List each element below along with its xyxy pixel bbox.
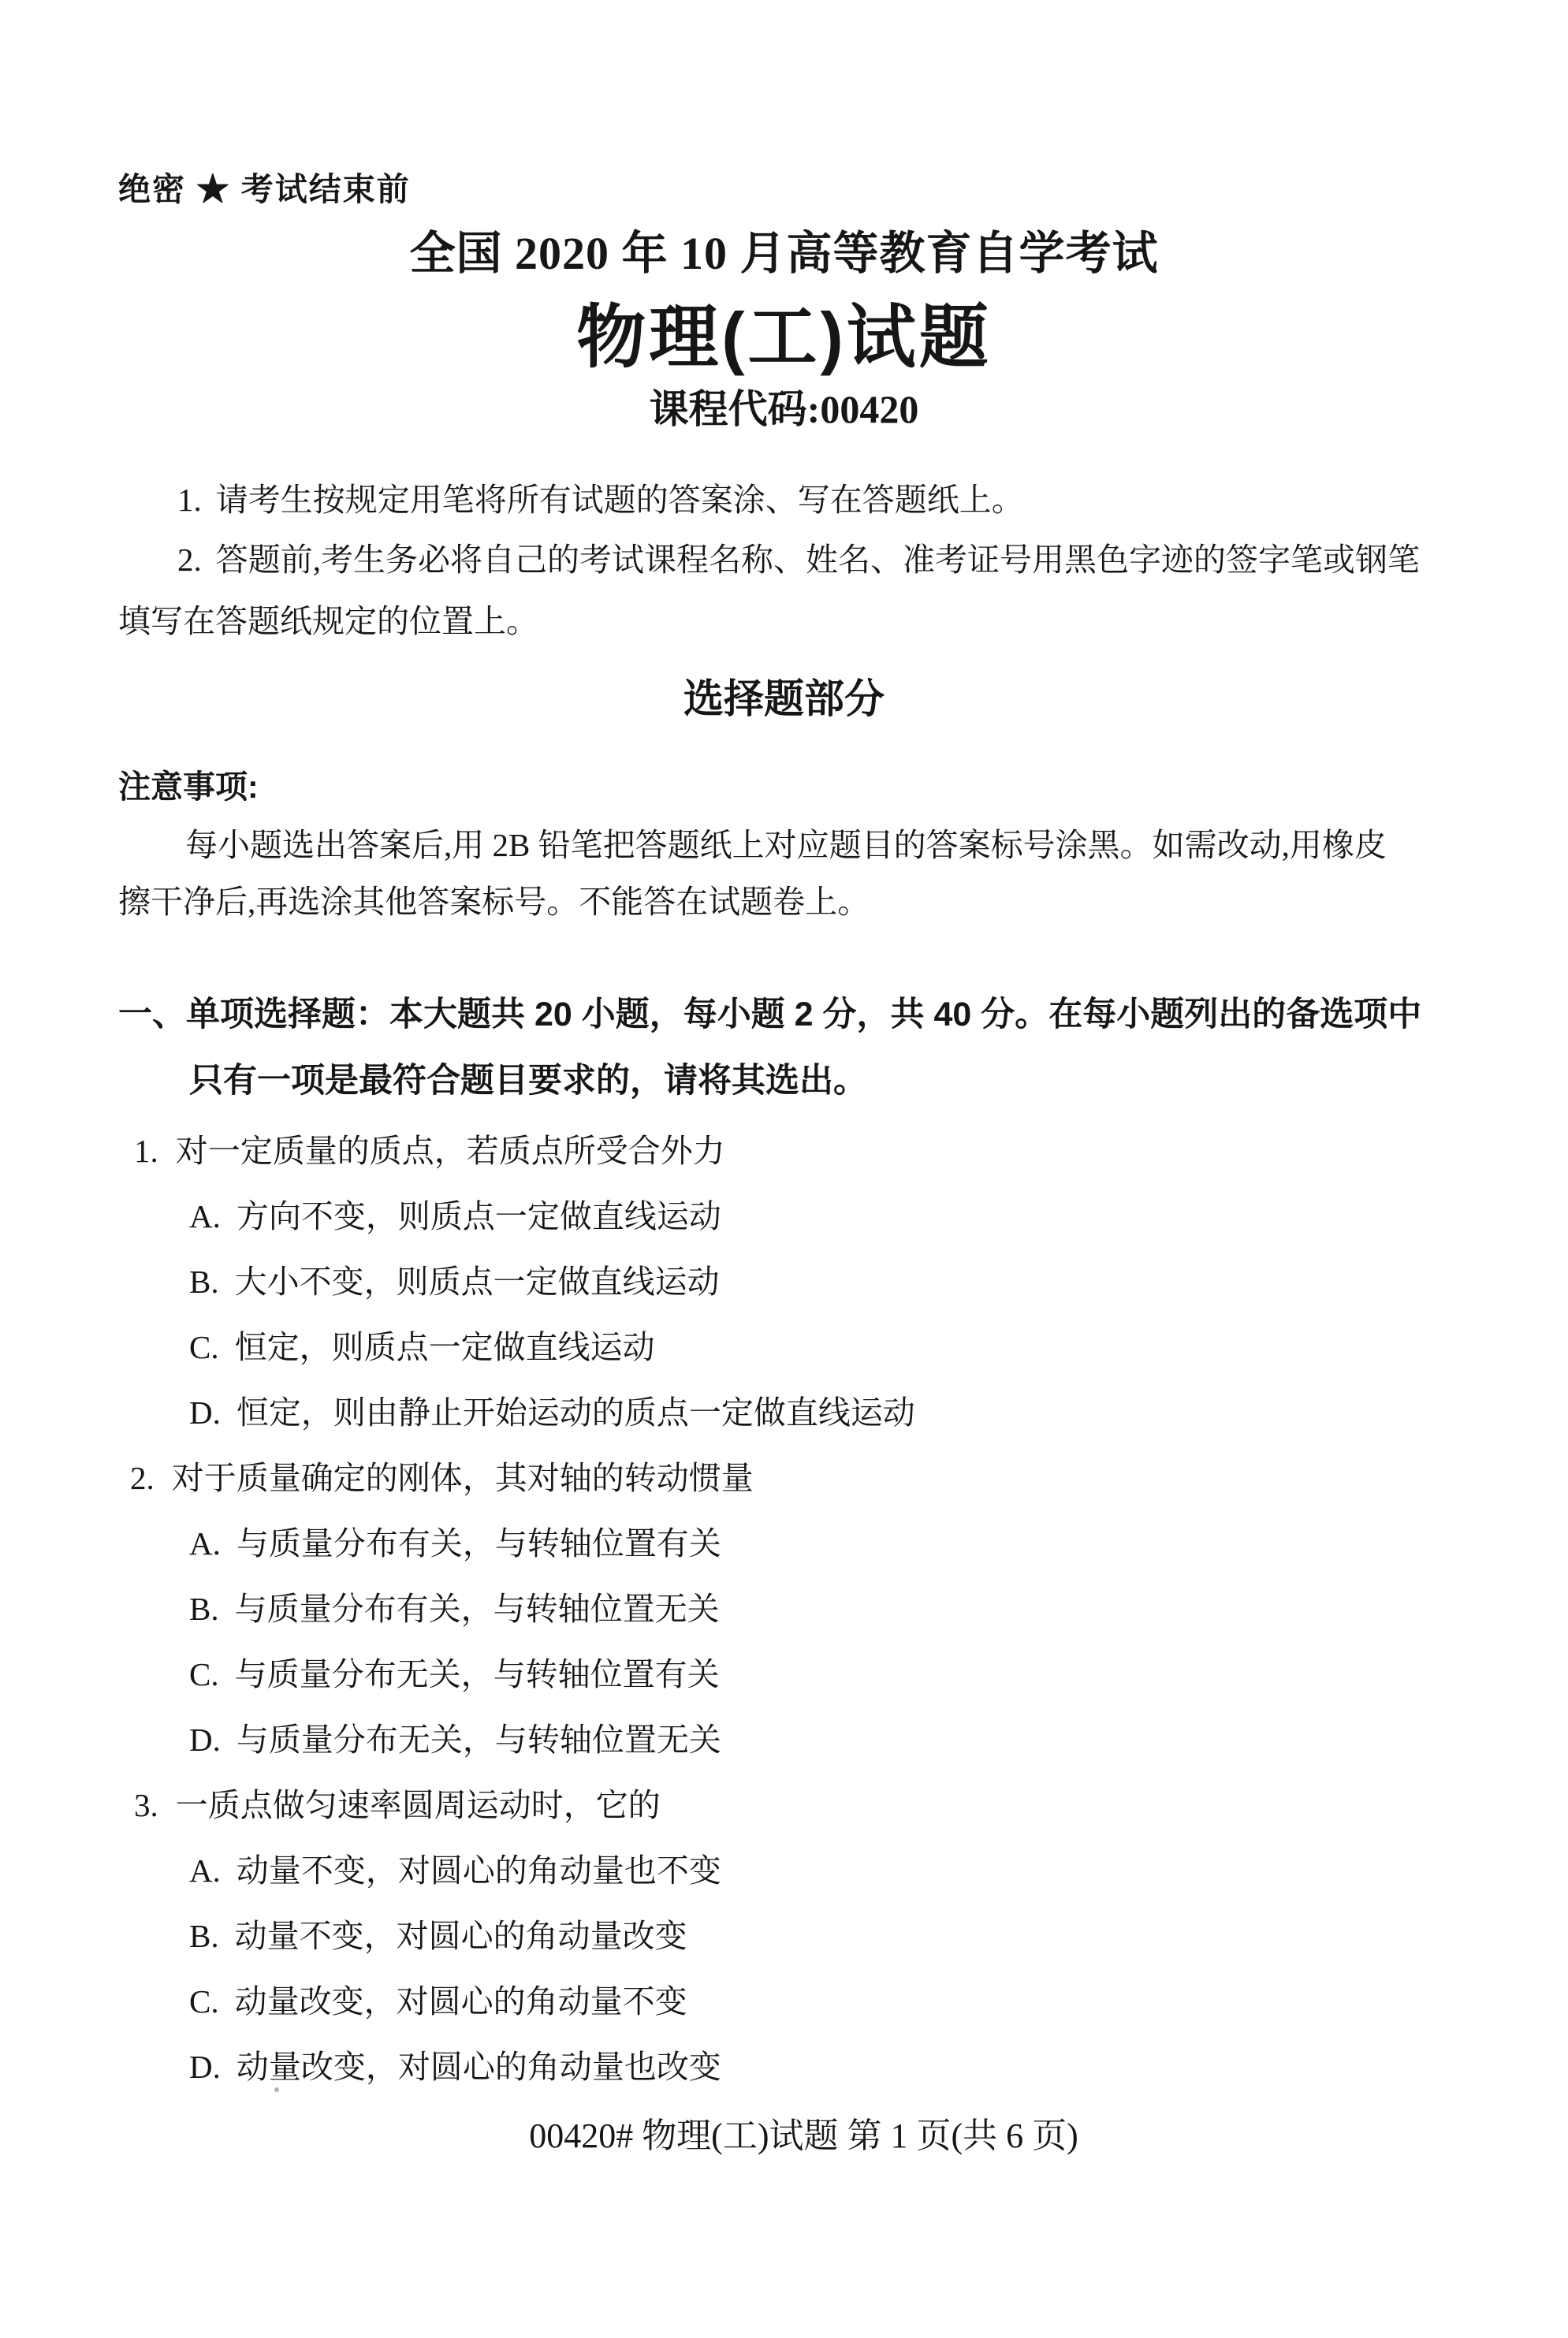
question-stem-1: 1.对一定质量的质点，若质点所受合外力 — [134, 1132, 725, 1171]
notice-item-1: 1.请考生按规定用笔将所有试题的答案涂、写在答题纸上。 — [177, 481, 1024, 519]
part-one-header-line-1: 一、单项选择题：本大题共 20 小题，每小题 2 分，共 40 分。在每小题列出… — [118, 995, 1421, 1036]
question-number: 3. — [134, 1787, 158, 1823]
option-text: 恒定，则由静止开始运动的质点一定做直线运动 — [237, 1394, 915, 1431]
option-label: A. — [189, 1852, 221, 1889]
page-footer: 00420# 物理(工)试题 第 1 页(共 6 页) — [20, 2116, 1568, 2157]
question-2-option-d: D.与质量分布无关，与转轴位置无关 — [189, 1721, 721, 1759]
question-2-option-a: A.与质量分布有关，与转轴位置有关 — [189, 1525, 721, 1563]
option-label: B. — [189, 1591, 219, 1627]
option-text: 恒定，则质点一定做直线运动 — [235, 1329, 655, 1365]
question-text: 对于质量确定的刚体，其对轴的转动惯量 — [172, 1460, 754, 1496]
question-text: 对一定质量的质点，若质点所受合外力 — [176, 1133, 725, 1169]
paper-title: 物理(工)试题 — [0, 300, 1568, 376]
question-3-option-d: D.动量改变，对圆心的角动量也改变 — [189, 2048, 721, 2087]
question-1-option-a: A.方向不变，则质点一定做直线运动 — [189, 1197, 721, 1236]
option-label: B. — [189, 1264, 219, 1300]
question-3-option-b: B.动量不变，对圆心的角动量改变 — [189, 1917, 687, 1956]
question-1-option-c: C.恒定，则质点一定做直线运动 — [189, 1328, 655, 1367]
option-label: B. — [189, 1918, 219, 1954]
attention-paragraph-line-2: 擦干净后,再选涂其他答案标号。不能答在试题卷上。 — [118, 883, 870, 921]
notice-item-2-line-1: 2.答题前,考生务必将自己的考试课程名称、姓名、准考证号用黑色字迹的签字笔或钢笔 — [177, 541, 1420, 579]
section-heading: 选择题部分 — [0, 675, 1568, 723]
notice-text: 请考生按规定用笔将所有试题的答案涂、写在答题纸上。 — [216, 482, 1024, 518]
exam-title: 全国 2020 年 10 月高等教育自学考试 — [0, 226, 1568, 281]
exam-paper-page: 绝密 ★ 考试结束前 全国 2020 年 10 月高等教育自学考试 物理(工)试… — [0, 0, 1568, 2338]
question-number: 1. — [134, 1133, 158, 1169]
question-2-option-c: C.与质量分布无关，与转轴位置有关 — [189, 1655, 720, 1694]
question-text: 一质点做匀速率圆周运动时，它的 — [176, 1787, 661, 1823]
notice-number: 2. — [177, 542, 202, 578]
question-number: 2. — [130, 1460, 155, 1496]
option-label: C. — [189, 1656, 219, 1692]
option-label: C. — [189, 1983, 219, 2020]
question-2-option-b: B.与质量分布有关，与转轴位置无关 — [189, 1590, 720, 1629]
attention-paragraph-line-1: 每小题选出答案后,用 2B 铅笔把答题纸上对应题目的答案标号涂黑。如需改动,用橡… — [185, 826, 1387, 865]
question-1-option-d: D.恒定，则由静止开始运动的质点一定做直线运动 — [189, 1394, 915, 1432]
option-text: 与质量分布有关，与转轴位置无关 — [235, 1591, 720, 1627]
question-stem-3: 3.一质点做匀速率圆周运动时，它的 — [134, 1786, 661, 1825]
option-text: 动量不变，对圆心的角动量也不变 — [237, 1852, 721, 1889]
scan-speck — [274, 2087, 279, 2092]
option-text: 与质量分布无关，与转轴位置无关 — [237, 1722, 721, 1758]
option-text: 动量改变，对圆心的角动量不变 — [235, 1983, 687, 2020]
question-1-option-b: B.大小不变，则质点一定做直线运动 — [189, 1263, 720, 1301]
notice-text: 填写在答题纸规定的位置上。 — [118, 603, 538, 639]
security-classification: 绝密 ★ 考试结束前 — [118, 170, 411, 209]
option-label: D. — [189, 1722, 221, 1758]
question-stem-2: 2.对于质量确定的刚体，其对轴的转动惯量 — [130, 1459, 754, 1498]
option-text: 大小不变，则质点一定做直线运动 — [235, 1264, 720, 1300]
part-one-header-line-2: 只有一项是最符合题目要求的，请将其选出。 — [189, 1061, 867, 1102]
notice-number: 1. — [177, 482, 202, 518]
option-text: 动量不变，对圆心的角动量改变 — [235, 1918, 687, 1954]
option-label: C. — [189, 1329, 219, 1365]
option-text: 与质量分布有关，与转轴位置有关 — [237, 1525, 721, 1562]
option-label: D. — [189, 1394, 221, 1431]
question-3-option-c: C.动量改变，对圆心的角动量不变 — [189, 1982, 687, 2021]
option-text: 方向不变，则质点一定做直线运动 — [237, 1198, 721, 1234]
option-text: 与质量分布无关，与转轴位置有关 — [235, 1656, 720, 1692]
option-text: 动量改变，对圆心的角动量也改变 — [237, 2049, 721, 2085]
option-label: A. — [189, 1525, 221, 1562]
course-code: 课程代码:00420 — [0, 385, 1568, 433]
attention-label: 注意事项: — [118, 768, 259, 806]
notice-item-2-line-2: 填写在答题纸规定的位置上。 — [118, 602, 538, 641]
option-label: D. — [189, 2049, 221, 2085]
question-3-option-a: A.动量不变，对圆心的角动量也不变 — [189, 1852, 721, 1890]
notice-text: 答题前,考生务必将自己的考试课程名称、姓名、准考证号用黑色字迹的签字笔或钢笔 — [216, 542, 1420, 578]
option-label: A. — [189, 1198, 221, 1234]
